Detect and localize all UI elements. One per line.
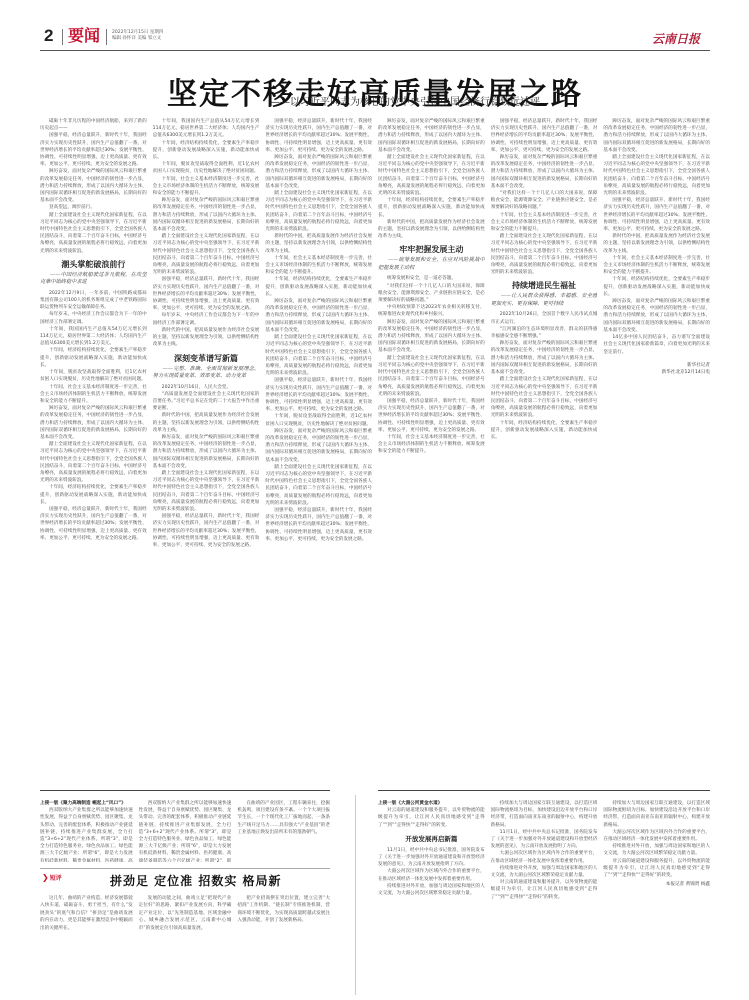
paragraph: “对我们这样一个十几亿人口的大国来说，保障粮食安全、能源资源安全、产业链供应链安…	[378, 283, 485, 305]
paragraph: 持续加大与周边国家互联互通建设，以打造区域国际物流枢纽为目标，加快建设沿边开放平…	[491, 800, 598, 829]
paragraph: 大湄公河次区域作为区域内外合作的重要平台，在推动区域经济一体化发展中发挥着重要作…	[378, 868, 485, 882]
main-article-body: 砥砺十年非凡历程的中国经济航船，来到了新的历史起点—— 国强平稳，经济总量跃升，…	[40, 118, 710, 790]
paragraph: 踔厉奋发，面对复杂严峻的国际风云和艰巨繁重的改革发展稳定任务，中国经济的韧性进一…	[378, 118, 485, 154]
column-divider	[355, 795, 356, 995]
paragraph: 国强平稳，经济总量跃升，新时代十年，我国经济实力实现历史性跃升，国内生产总值翻了…	[491, 118, 598, 154]
paragraph: 踔厉奋发，面对复杂严峻的国际风云和艰巨繁重的改革发展稳定任务，中国经济的韧性进一…	[603, 118, 710, 154]
paragraph: 国强平稳，经济总量跃升，新时代十年，我国经济实力实现历史性跃升，国内生产总值翻了…	[265, 377, 372, 413]
jump-column: 上接一版《大湄公河黄金水道》 对云南的通道建设和服务提升，以外贸物流的能级提升为…	[378, 800, 485, 995]
jump-column: 西双版纳大产业集群之所以能够加速快速性发展，得益于自身禀赋优势、园区聚集、龙头带…	[139, 800, 232, 862]
jump-article-right: 上接一版《大湄公河黄金水道》 对云南的通道建设和服务提升，以外贸物流的能级提升为…	[378, 800, 710, 995]
paragraph: 踔厉奋发，面对复杂严峻的国际风云和艰巨繁重的改革发展稳定任务，中国经济的韧性进一…	[491, 340, 598, 376]
paragraph: 踏上全面建设社会主义现代化国家新征程，在以习近平同志为核心的党中央坚强领导下，在…	[265, 190, 372, 233]
paragraph: 十年间，脱贫攻坚战取得全面胜利，近1亿农村贫困人口实现脱贫，历史性地解决了绝对贫…	[265, 413, 372, 427]
commentary-tag: ❯短评	[42, 873, 62, 882]
paragraph: 每年岁末，中央经济工作会议都会为下一年的中国经济工作部署定调。	[40, 311, 147, 325]
section-heading: 深刻变革谱写新篇	[153, 353, 260, 364]
commentary-column: 发展的动能之间，曲靖立足“把现代产业定位好”的思路，紧扣产业发展方向，科学确定产…	[139, 895, 232, 995]
paragraph: 踏上全面建设社会主义现代化国家新征程，在以习近平同志为核心的党中央坚强领导下，在…	[265, 464, 372, 507]
paragraph: 踔厉奋发，面对复杂严峻的国际风云和艰巨繁重的改革发展稳定任务，中国经济的韧性进一…	[265, 428, 372, 464]
paragraph: 国强平稳，经济总量跃升，新时代十年，我国经济实力实现历史性跃升，国内生产总值翻了…	[153, 513, 260, 549]
article-column-4: 踔厉奋发，面对复杂严峻的国际风云和艰巨繁重的改革发展稳定任务，中国经济的韧性进一…	[378, 118, 485, 790]
paragraph: 踏上全面建设社会主义现代化国家新征程，在以习近平同志为核心的党中央坚强领导下，在…	[265, 334, 372, 377]
jump-column: 持续加大与周边国家互联互通建设，以打造区域国际物流枢纽为目标，加快建设沿边开放平…	[603, 800, 710, 995]
paragraph: 对云南的通道建设和服务提升，以外贸物流的能级提升为牵引，让江河人民真切地感受到“…	[491, 879, 598, 901]
paragraph: 国强平稳，经济总量跃升，新时代十年，我国经济实力实现历史性跃升，国内生产总值翻了…	[378, 398, 485, 434]
top-rule	[40, 50, 710, 51]
paragraph: 踔厉奋发，面对复杂严峻的国际风云和艰巨繁重的改革发展稳定任务，中国经济的韧性进一…	[40, 405, 147, 441]
paragraph: 11月1日，经中共中央总书记批准，国务院发布了《关于进一步加强对外开放通道建设和…	[378, 847, 485, 869]
paragraph: 踔厉奋发，面对复杂严峻的国际风云和艰巨繁重的改革发展稳定任务，中国经济的韧性进一…	[265, 154, 372, 190]
jump-article-left: 上接一版《聚力高端制造 崛起上“风口”》 西双版纳大产业集群之所以能够加速快速性…	[40, 800, 330, 862]
paragraph: 国强平稳，经济总量跃升，新时代十年，我国经济实力实现历史性跃升，国内生产总值翻了…	[603, 197, 710, 233]
paragraph: 国强平稳，经济总量跃升，新时代十年，我国经济实力实现历史性跃升，国内生产总值翻了…	[153, 276, 260, 312]
paragraph: 新时代的中国，把高质量发展作为经济社会发展的主题，坚持以新发展理念为引领，以供给…	[603, 233, 710, 255]
paragraph: 十年间，脱贫攻坚战取得全面胜利，近1亿农村贫困人口实现脱贫，历史性地解决了绝对贫…	[153, 161, 260, 175]
commentary-column: 把产业招商摆在突出位置，建立完善“大招商”工作机制、“链长制”专班推进机制，营商…	[237, 895, 330, 995]
paragraph: 这几年，曲靖的产业构造、经济发展都驶入快车道，砥砺奋斗、勇于担当，有什么“发展劲…	[40, 895, 133, 932]
paragraph: 统筹发展和安全，是一道必答题。	[378, 275, 485, 282]
section-rule	[378, 790, 710, 791]
paragraph: 十年间，社会主义基本经济制度进一步完善，社会主义市场经济体制的生机活力不断释放，…	[153, 176, 260, 198]
jump-title: 上接一版《聚力高端制造 崛起上“风口”》	[40, 800, 133, 807]
paragraph: 十年间，我国国内生产总值从54万亿元增长到114万亿元，稳居世界第二大经济体；人…	[153, 118, 260, 140]
paragraph: 持续推进对外开放，加强与周边国家和地区的人文交流，为大湄公河次区域繁荣稳定贡献力…	[491, 865, 598, 879]
paragraph: 登高望远，阔步前行。	[40, 204, 147, 211]
paragraph: 把产业招商摆在突出位置，建立完善“大招商”工作机制、“链长制”专班推进机制，营商…	[237, 895, 330, 925]
paragraph: 十年间，社会主义基本经济制度进一步完善，社会主义市场经济体制的生机活力不断释放，…	[378, 434, 485, 456]
paragraph: 踔厉奋发，面对复杂严峻的国际风云和艰巨繁重的改革发展稳定任务，中国经济的韧性进一…	[378, 319, 485, 355]
commentary-tag-label: 短评	[50, 875, 62, 882]
chevron-right-icon: ❯	[42, 873, 49, 882]
paragraph: 2022年10月26日，全国首个数字人民币试点城市正式运行。	[491, 311, 598, 325]
masthead-divider	[106, 29, 107, 45]
paragraph: 新时代的中国，把高质量发展作为经济社会发展的主题，坚持以新发展理念为引领，以供给…	[265, 233, 372, 255]
jump-byline: 本报记者 黄锦贤 杨鑫	[603, 881, 710, 888]
paragraph: 14亿多中国人民团结奋斗，奋力谱写全面建设社会主义现代化国家崭新篇章，向着更加光…	[603, 334, 710, 356]
section-lead: ——让人民群众获得感、幸福感、安全感更加充实、更有保障、更可持续	[491, 293, 598, 308]
paragraph: 砥砺十年非凡历程的中国经济航船，来到了新的历史起点——	[40, 118, 147, 132]
masthead-divider	[62, 29, 63, 45]
paragraph: 大湄公河次区域作为区域内外合作的重要平台，在推动区域经济一体化发展中发挥着重要作…	[491, 850, 598, 864]
paragraph: 发展的动能之间，曲靖立足“把现代产业定位好”的思路，紧扣产业发展方向，科学确定产…	[139, 895, 232, 932]
paragraph: 2022年12月9日，一年多前，中国铁路成都局集团有限公司100人的机务班组完成…	[40, 290, 147, 312]
paragraph: 11月1日，经中共中央总书记批准，国务院发布了《关于进一步加强对外开放通道建设和…	[491, 829, 598, 851]
paragraph: 新时代的中国，把高质量发展作为经济社会发展的主题，坚持以新发展理念为引领，以供给…	[153, 412, 260, 434]
paragraph: 十年间，社会主义基本经济制度进一步完善，社会主义市场经济体制的生机活力不断释放，…	[265, 255, 372, 277]
article-column-1: 砥砺十年非凡历程的中国经济航船，来到了新的历史起点—— 国强平稳，经济总量跃升，…	[40, 118, 147, 790]
paragraph: 每年岁末，中央经济工作会议都会为下一年的中国经济工作部署定调。	[153, 312, 260, 326]
section-lead: ——中国经济航船驶过非凡航程，在攻坚克难中始终稳中求进	[40, 272, 147, 287]
paragraph: 踏上全面建设社会主义现代化国家新征程，在以习近平同志为核心的党中央坚强领导下，在…	[378, 355, 485, 398]
section-rule	[40, 790, 330, 791]
jump-column: 上接一版《聚力高端制造 崛起上“风口”》 西双版纳大产业集群之所以能够加速快速性…	[40, 800, 133, 862]
paragraph: 中央财政预算下达2023年农业相关转移支付，统筹推进农业现代化和乡村振兴。	[378, 304, 485, 318]
dateline: 新华社北京12月14日电	[603, 369, 710, 376]
masthead-meta: 2022年12月15日 星期四 编辑 孙怀详 美编 邹立文	[112, 30, 163, 42]
paragraph: 十年间，经济结构持续优化，全要素生产率稳步提升，创新驱动发展战略深入实施，新动能…	[153, 140, 260, 162]
newspaper-logo: 云南日报	[652, 30, 700, 47]
paragraph: 对云南的通道建设和服务提升，以外贸物流的能级提升为牵引，让江河人民真切地感受到“…	[603, 858, 710, 880]
commentary-rule	[40, 868, 330, 869]
paragraph: 十年间，社会主义基本经济制度进一步完善，社会主义市场经济体制的生机活力不断释放，…	[603, 255, 710, 277]
commentary-column: 这几年，曲靖的产业构造、经济发展都驶入快车道，砥砺奋斗、勇于担当，有什么“发展劲…	[40, 895, 133, 995]
jump-subheading: 开放发展再启新篇	[378, 835, 485, 844]
commentary-title: 拼劲足 定位准 招数实 格局新	[110, 872, 282, 889]
article-column-3: 国强平稳，经济总量跃升，新时代十年，我国经济实力实现历史性跃升，国内生产总值翻了…	[265, 118, 372, 790]
paragraph: “江河湖泊的生态环境明显改善，群众的获得感幸福感安全感不断增强。”	[491, 326, 598, 340]
paragraph: 十年间，经济结构持续优化，全要素生产率稳步提升，创新驱动发展战略深入实施，新动能…	[40, 347, 147, 369]
paragraph: 踏上全面建设社会主义现代化国家新征程，在以习近平同志为核心的党中央坚强领导下，在…	[491, 233, 598, 276]
section-heading: 潮头掌舵破浪前行	[40, 259, 147, 270]
paragraph: 西双版纳大产业集群之所以能够加速快速性发展，得益于自身禀赋优势、园区聚集、龙头带…	[40, 807, 133, 862]
paragraph: 新时代的中国，把高质量发展作为经济社会发展的主题，坚持以新发展理念为引领，以供给…	[378, 219, 485, 241]
article-column-2: 十年间，我国国内生产总值从54万亿元增长到114万亿元，稳居世界第二大经济体；人…	[153, 118, 260, 790]
masthead: 2 要闻 2022年12月15日 星期四 编辑 孙怀详 美编 邹立文 云南日报	[40, 28, 710, 44]
paragraph: 踔厉奋发，面对复杂严峻的国际风云和艰巨繁重的改革发展稳定任务，中国经济的韧性进一…	[153, 434, 260, 470]
paragraph: 持续推进对外开放，加强与周边国家和地区的人文交流，为大湄公河次区域繁荣稳定贡献力…	[378, 883, 485, 897]
section-label: 要闻	[68, 28, 100, 44]
paragraph: “高质量发展是全面建设社会主义现代化国家的首要任务。”习近平总书记在党的二十大报…	[153, 391, 260, 413]
section-lead: ——统筹发展和安全，在应对风险挑战中把握发展主动权	[378, 257, 485, 272]
paragraph: 踏上全面建设社会主义现代化国家新征程，在以习近平同志为核心的党中央坚强领导下，在…	[153, 470, 260, 513]
paragraph: 十年间，经济结构持续优化，全要素生产率稳步提升，创新驱动发展战略深入实施，新动能…	[378, 197, 485, 219]
subheadline: ——以习近平同志为核心的党中央引领中国经济行稳致远述评	[40, 97, 710, 109]
paragraph: 国强平稳，经济总量跃升，新时代十年，我国经济实力实现历史性跃升，国内生产总值翻了…	[40, 506, 147, 542]
commentary-body: 这几年，曲靖的产业构造、经济发展都驶入快车道，砥砺奋斗、勇于担当，有什么“发展劲…	[40, 895, 330, 995]
paragraph: 大湄公河次区域作为区域内外合作的重要平台，在推动区域经济一体化发展中发挥着重要作…	[603, 829, 710, 843]
paragraph: 国强平稳，经济总量跃升，新时代十年，我国经济实力实现历史性跃升，国内生产总值翻了…	[265, 118, 372, 154]
jump-column: 在曲靖的产业园区，工程车辆来往，挖掘机轰鸣，项目建设有条不紊。一个个大项目拔节生…	[237, 800, 330, 862]
paragraph: 踏上全面建设社会主义现代化国家新征程，在以习近平同志为核心的党中央坚强领导下，在…	[603, 154, 710, 197]
paragraph: 踏上全面建设社会主义现代化国家新征程，在以习近平同志为核心的党中央坚强领导下，在…	[40, 441, 147, 484]
paragraph: 踔厉奋发，面对复杂严峻的国际风云和艰巨繁重的改革发展稳定任务，中国经济的韧性进一…	[153, 197, 260, 233]
paragraph: 国强平稳，经济总量跃升，新时代十年，我国经济实力实现历史性跃升，国内生产总值翻了…	[40, 132, 147, 168]
section-heading: 持续增进民生福祉	[491, 280, 598, 291]
paragraph: 持续推进对外开放，加强与周边国家和地区的人文交流，为大湄公河次区域繁荣稳定贡献力…	[603, 843, 710, 857]
jump-title: 上接一版《大湄公河黄金水道》	[378, 800, 485, 807]
paragraph: 2022年10月16日，人民大会堂。	[153, 384, 260, 391]
paragraph: 踏上全面建设社会主义现代化国家新征程，在以习近平同志为核心的党中央坚强领导下，在…	[378, 154, 485, 197]
paragraph: 十年间，经济结构持续优化，全要素生产率稳步提升，创新驱动发展战略深入实施，新动能…	[265, 276, 372, 298]
paragraph: 踏上全面建设社会主义现代化国家新征程，在以习近平同志为核心的党中央坚强领导下，在…	[491, 376, 598, 419]
jump-column: 持续加大与周边国家互联互通建设，以打造区域国际物流枢纽为目标，加快建设沿边开放平…	[491, 800, 598, 995]
paragraph: 在曲靖的产业园区，工程车辆来往，挖掘机轰鸣，项目建设有条不紊。一个个大项目拔节生…	[237, 800, 330, 836]
article-column-6: 踔厉奋发，面对复杂严峻的国际风云和艰巨繁重的改革发展稳定任务，中国经济的韧性进一…	[603, 118, 710, 790]
paragraph: 十年间，我国国内生产总值从54万亿元增长到114万亿元，稳居世界第二大经济体；人…	[40, 326, 147, 348]
paragraph: 十年间，经济结构持续优化，全要素生产率稳步提升，创新驱动发展战略深入实施，新动能…	[40, 484, 147, 506]
paragraph: 国强平稳，经济总量跃升，新时代十年，我国经济实力实现历史性跃升，国内生产总值翻了…	[265, 507, 372, 543]
paragraph: 十年间，脱贫攻坚战取得全面胜利，近1亿农村贫困人口实现脱贫，历史性地解决了绝对贫…	[40, 369, 147, 383]
paragraph: 踔厉奋发，面对复杂严峻的国际风云和艰巨繁重的改革发展稳定任务，中国经济的韧性进一…	[491, 154, 598, 190]
article-column-5: 国强平稳，经济总量跃升，新时代十年，我国经济实力实现历史性跃升，国内生产总值翻了…	[491, 118, 598, 790]
paragraph: 西双版纳大产业集群之所以能够加速快速性发展，得益于自身禀赋优势、园区聚集、龙头带…	[139, 800, 232, 862]
paragraph: 十年间，社会主义基本经济制度进一步完善，社会主义市场经济体制的生机活力不断释放，…	[40, 384, 147, 406]
reporter-byline: 新华社记者	[603, 362, 710, 369]
paragraph: 踔厉奋发，面对复杂严峻的国际风云和艰巨繁重的改革发展稳定任务，中国经济的韧性进一…	[40, 168, 147, 204]
paragraph: 十年间，经济结构持续优化，全要素生产率稳步提升，创新驱动发展战略深入实施，新动能…	[491, 420, 598, 442]
paragraph: “对我们这样一个十几亿人口的大国来说，保障粮食安全、能源资源安全、产业链供应链安…	[491, 190, 598, 212]
page-number: 2	[44, 28, 53, 44]
section-heading: 牢牢把握发展主动	[378, 244, 485, 255]
paragraph: 踔厉奋发，面对复杂严峻的国际风云和艰巨繁重的改革发展稳定任务，中国经济的韧性进一…	[265, 298, 372, 334]
paragraph: 踏上全面建设社会主义现代化国家新征程，在以习近平同志为核心的党中央坚强领导下，在…	[40, 212, 147, 255]
editors: 编辑 孙怀详 美编 邹立文	[112, 36, 163, 42]
paragraph: 踏上全面建设社会主义现代化国家新征程，在以习近平同志为核心的党中央坚强领导下，在…	[153, 233, 260, 276]
paragraph: 对云南的通道建设和服务提升，以外贸物流的能级提升为牵引，让江河人民真切地感受到“…	[378, 807, 485, 829]
paragraph: 持续加大与周边国家互联互通建设，以打造区域国际物流枢纽为目标，加快建设沿边开放平…	[603, 800, 710, 829]
paragraph: 新时代的中国，把高质量发展作为经济社会发展的主题，坚持以新发展理念为引领，以供给…	[153, 327, 260, 349]
paragraph: 十年间，社会主义基本经济制度进一步完善，社会主义市场经济体制的生机活力不断释放，…	[491, 212, 598, 234]
paragraph: 十年间，经济结构持续优化，全要素生产率稳步提升，创新驱动发展战略深入实施，新动能…	[603, 276, 710, 298]
paragraph: 踔厉奋发，面对复杂严峻的国际风云和艰巨繁重的改革发展稳定任务，中国经济的韧性进一…	[603, 298, 710, 334]
section-lead: ——完整、准确、全面贯彻新发展理念，努力实现质量变革、效率变革、动力变革	[153, 366, 260, 381]
